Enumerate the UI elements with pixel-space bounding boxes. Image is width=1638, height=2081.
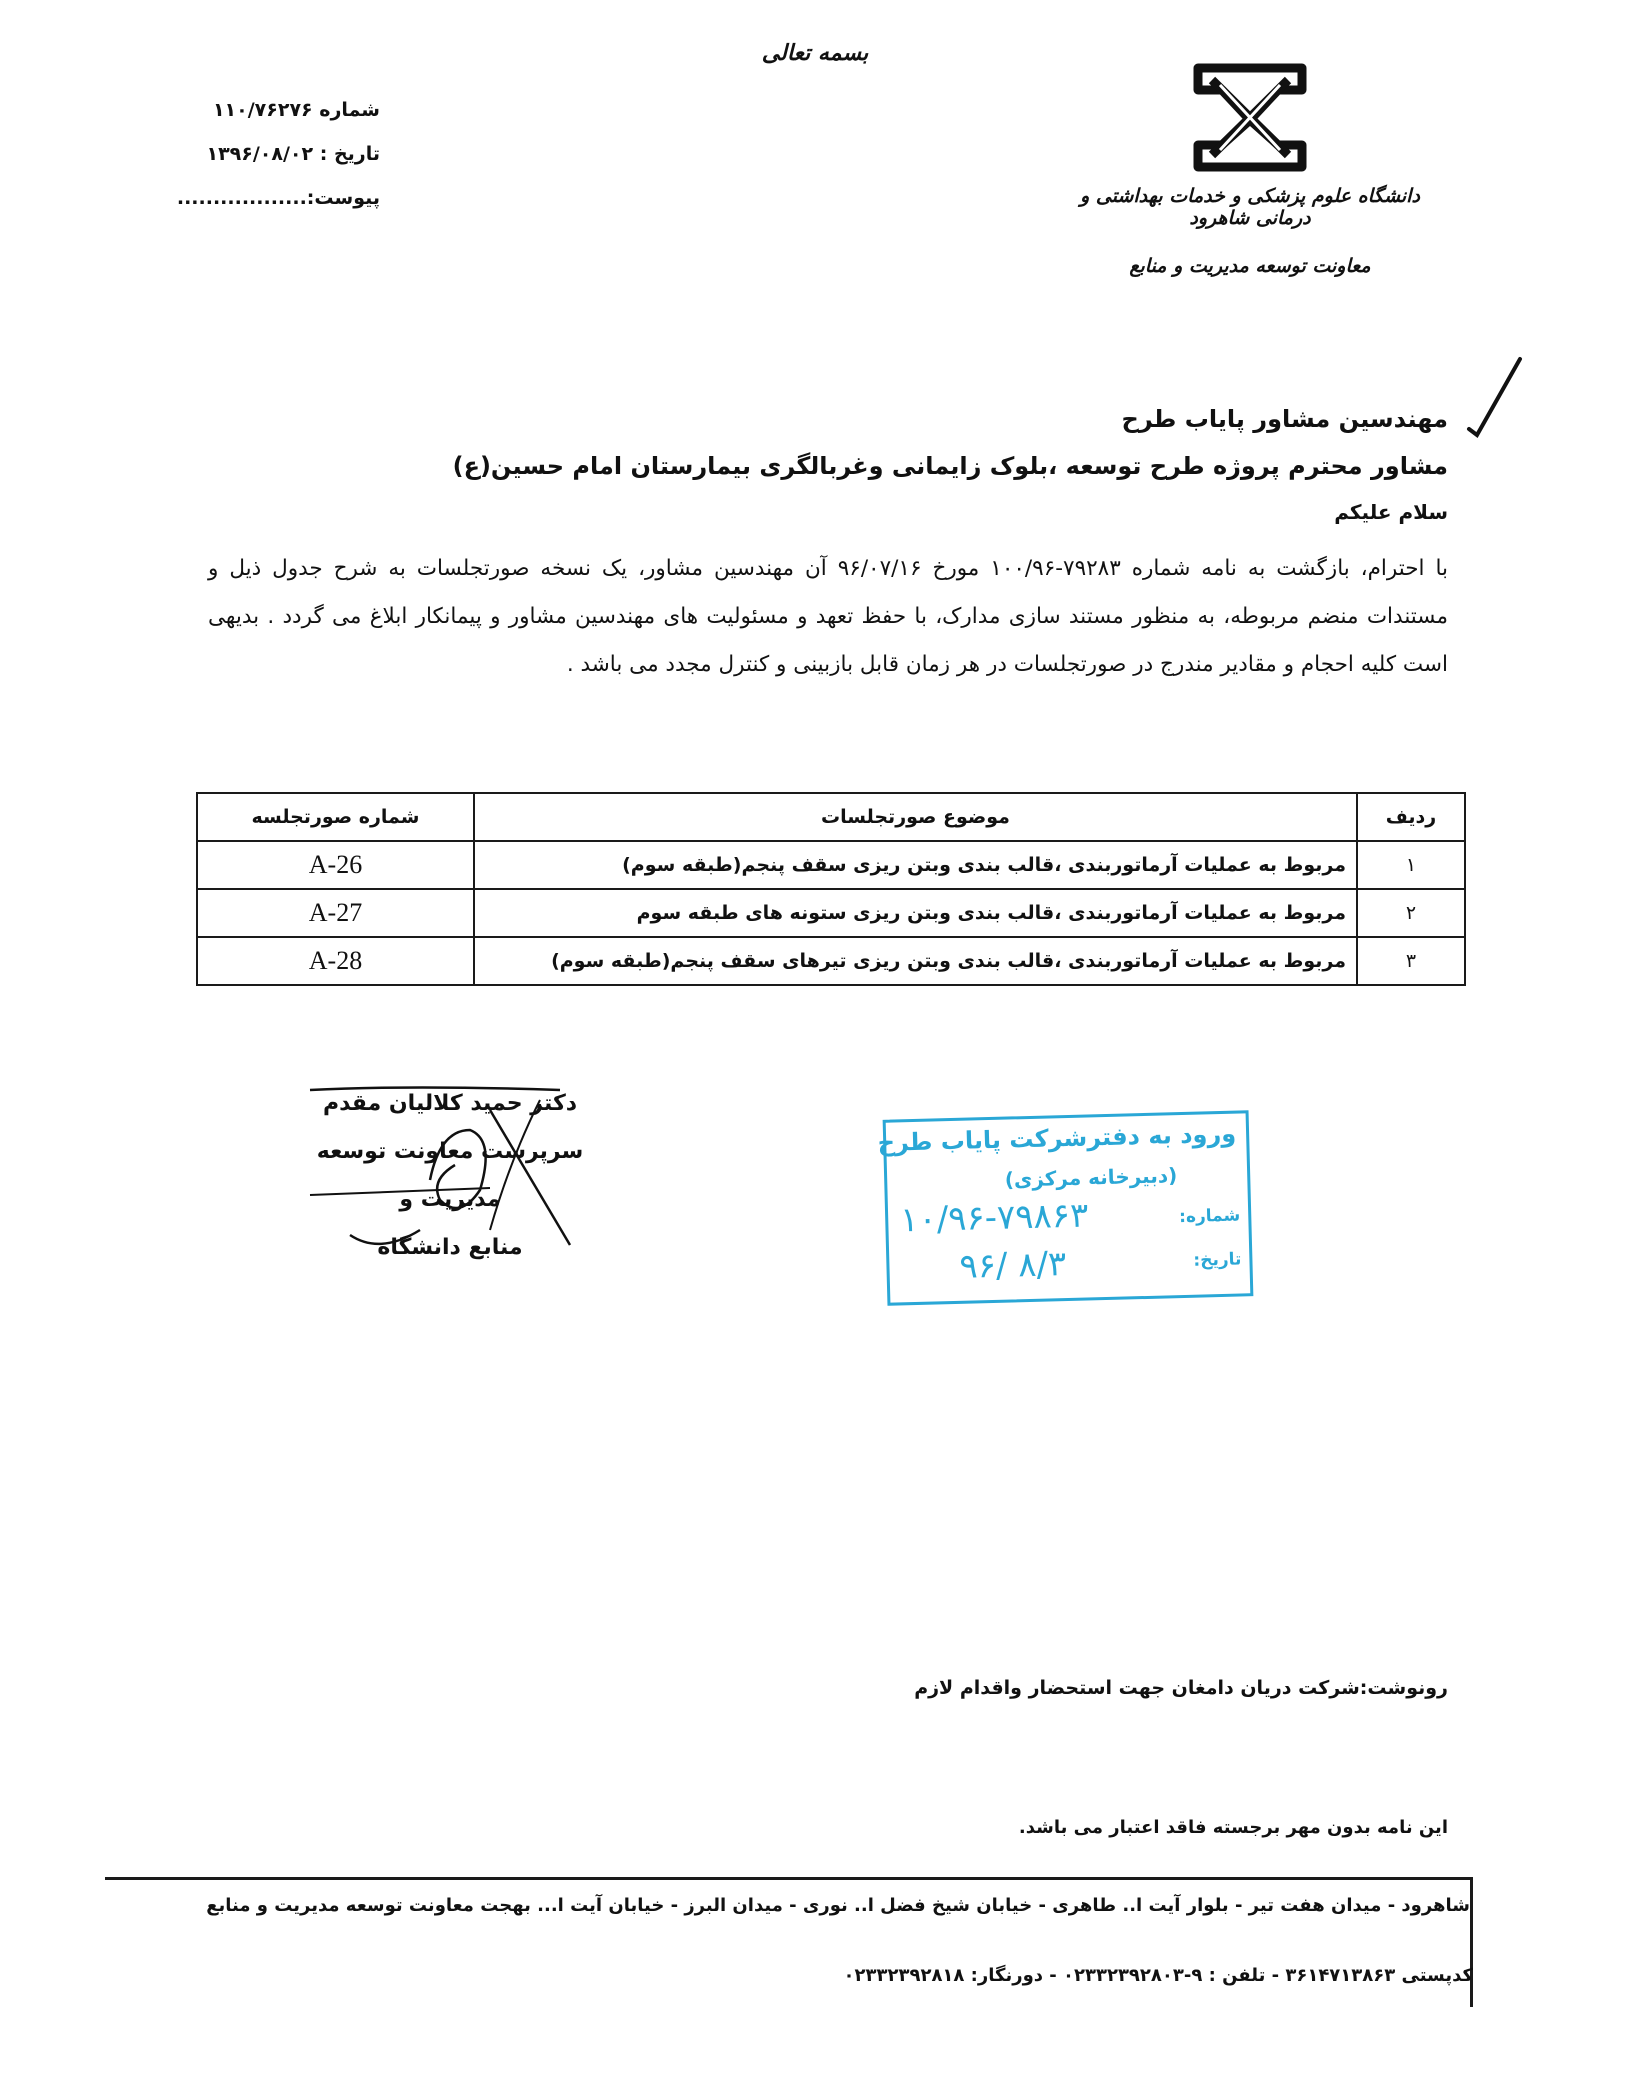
row-topic: مربوط به عملیات آرماتوربندی ،قالب بندی و… (474, 937, 1357, 985)
row-index: ۳ (1357, 937, 1465, 985)
footer-divider (105, 1877, 1473, 1880)
footer-address: شاهرود - میدان هفت تیر - بلوار آیت ا.. ط… (206, 1895, 1470, 1916)
stamp-date-label: تاریخ: (1193, 1249, 1242, 1270)
department-name: معاونت توسعه مدیریت و منابع (1120, 255, 1380, 277)
bismillah-heading: بسمه تعالی (740, 40, 890, 66)
table-row: ۳ مربوط به عملیات آرماتوربندی ،قالب بندی… (197, 937, 1465, 985)
column-header-topic: موضوع صورتجلسات (474, 793, 1357, 841)
subject-line: مشاور محترم پروژه طرح توسعه ،بلوک زایمان… (453, 452, 1448, 480)
stamp-number-value: ۱۰/۹۶-۷۹۸۶۳ (900, 1195, 1089, 1240)
table-row: ۲ مربوط به عملیات آرماتوربندی ،قالب بندی… (197, 889, 1465, 937)
attachment-value: .................. (177, 187, 307, 209)
letter-attachment: پیوست:.................. (180, 176, 380, 220)
row-index: ۲ (1357, 889, 1465, 937)
row-topic: مربوط به عملیات آرماتوربندی ،قالب بندی و… (474, 841, 1357, 889)
letter-number-value: ۱۱۰/۷۶۲۷۶ (213, 99, 313, 121)
row-index: ۱ (1357, 841, 1465, 889)
salutation: سلام علیکم (1334, 500, 1448, 524)
carbon-copy: رونوشت:شرکت دریان دامغان جهت استحضار واق… (914, 1677, 1448, 1699)
letter-date-value: ۱۳۹۶/۰۸/۰۲ (206, 143, 313, 165)
letter-meta: شماره ۱۱۰/۷۶۲۷۶ تاریخ : ۱۳۹۶/۰۸/۰۲ پیوست… (180, 88, 380, 220)
column-header-index: ردیف (1357, 793, 1465, 841)
university-logo-icon (1190, 60, 1310, 175)
checkmark-icon (1465, 355, 1525, 450)
letter-number: شماره ۱۱۰/۷۶۲۷۶ (180, 88, 380, 132)
row-code: A-26 (197, 841, 474, 889)
validity-note: این نامه بدون مهر برجسته فاقد اعتبار می … (1019, 1817, 1448, 1838)
table-header-row: ردیف موضوع صورتجلسات شماره صورتجلسه (197, 793, 1465, 841)
stamp-number-label: شماره: (1179, 1205, 1241, 1227)
stamp-date-value: ۹۶/ ۸/۳ (959, 1244, 1067, 1287)
letter-number-label: شماره (319, 99, 380, 121)
handwritten-signature-icon (290, 1070, 620, 1250)
column-header-code: شماره صورتجلسه (197, 793, 474, 841)
table-row: ۱ مربوط به عملیات آرماتوربندی ،قالب بندی… (197, 841, 1465, 889)
attachment-label: پیوست: (307, 187, 380, 209)
stamp-title: ورود به دفترشرکت پایاب طرح (877, 1120, 1236, 1157)
footer-side-divider (1470, 1877, 1473, 2007)
letter-date: تاریخ : ۱۳۹۶/۰۸/۰۲ (180, 132, 380, 176)
records-table: ردیف موضوع صورتجلسات شماره صورتجلسه ۱ مر… (196, 792, 1466, 986)
footer-contact: کدپستی ۳۶۱۴۷۱۳۸۶۳ - تلفن : ۹-۰۲۳۳۲۳۹۲۸۰۳… (844, 1965, 1473, 1986)
letter-body: با احترام، بازگشت به نامه شماره ۷۹۲۸۳-۱۰… (208, 545, 1448, 689)
received-stamp: ورود به دفترشرکت پایاب طرح (دبیرخانه مرک… (883, 1110, 1254, 1306)
stamp-subtitle: (دبیرخانه مرکزی) (1005, 1163, 1178, 1192)
row-code: A-28 (197, 937, 474, 985)
recipient: مهندسین مشاور پایاب طرح (1122, 405, 1448, 433)
university-name: دانشگاه علوم پزشکی و خدمات بهداشتی و درم… (1050, 185, 1450, 229)
row-code: A-27 (197, 889, 474, 937)
row-topic: مربوط به عملیات آرماتوربندی ،قالب بندی و… (474, 889, 1357, 937)
letter-date-label: تاریخ : (320, 143, 380, 165)
